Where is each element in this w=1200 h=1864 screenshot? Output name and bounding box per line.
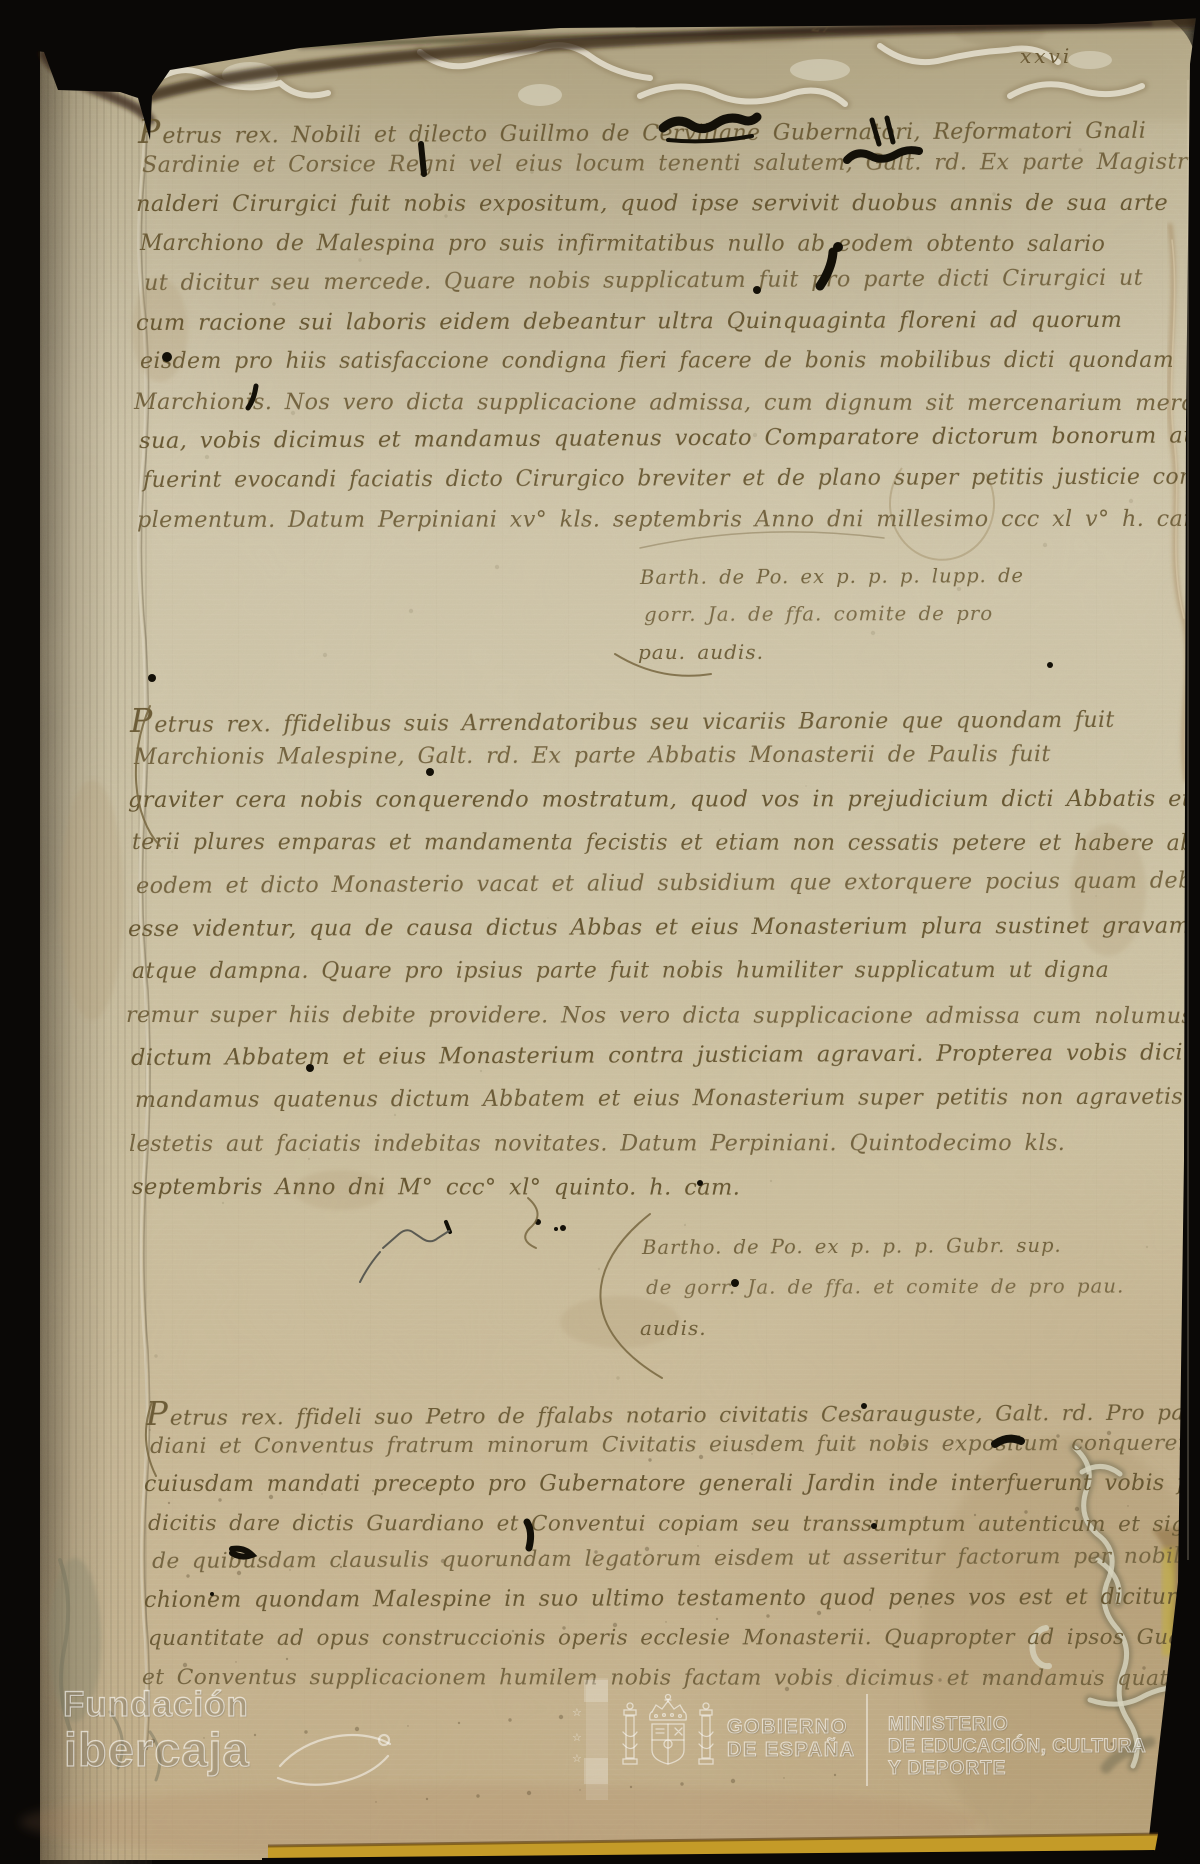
manuscript-photo: xxvi 27 Petrus rex. Nobili et dilecto Gu…: [0, 0, 1200, 1864]
ministerio-watermark-line2: DE EDUCACIÓN, CULTURA: [888, 1736, 1146, 1758]
watermark-divider: [866, 1694, 868, 1786]
star-icon: ☆: [572, 1706, 582, 1719]
spain-coat-of-arms-icon: [618, 1688, 718, 1788]
ministerio-watermark-line3: Y DEPORTE: [888, 1758, 1006, 1780]
photo-frame: [0, 0, 1200, 1864]
star-icon: ☆: [572, 1752, 582, 1765]
star-icon: ☆: [572, 1731, 582, 1744]
gobierno-watermark-line2: DE ESPAÑA: [727, 1739, 856, 1762]
ministerio-watermark-line1: MINISTERIO: [888, 1714, 1009, 1736]
scan-overlay-band: [586, 1678, 608, 1800]
ibercaja-logo-icon: [272, 1718, 402, 1793]
gobierno-watermark-line1: GOBIERNO: [727, 1716, 848, 1739]
fundacion-ibercaja-watermark-line2: ibercaja: [64, 1722, 250, 1777]
fundacion-ibercaja-watermark-line1: Fundación: [63, 1685, 249, 1725]
